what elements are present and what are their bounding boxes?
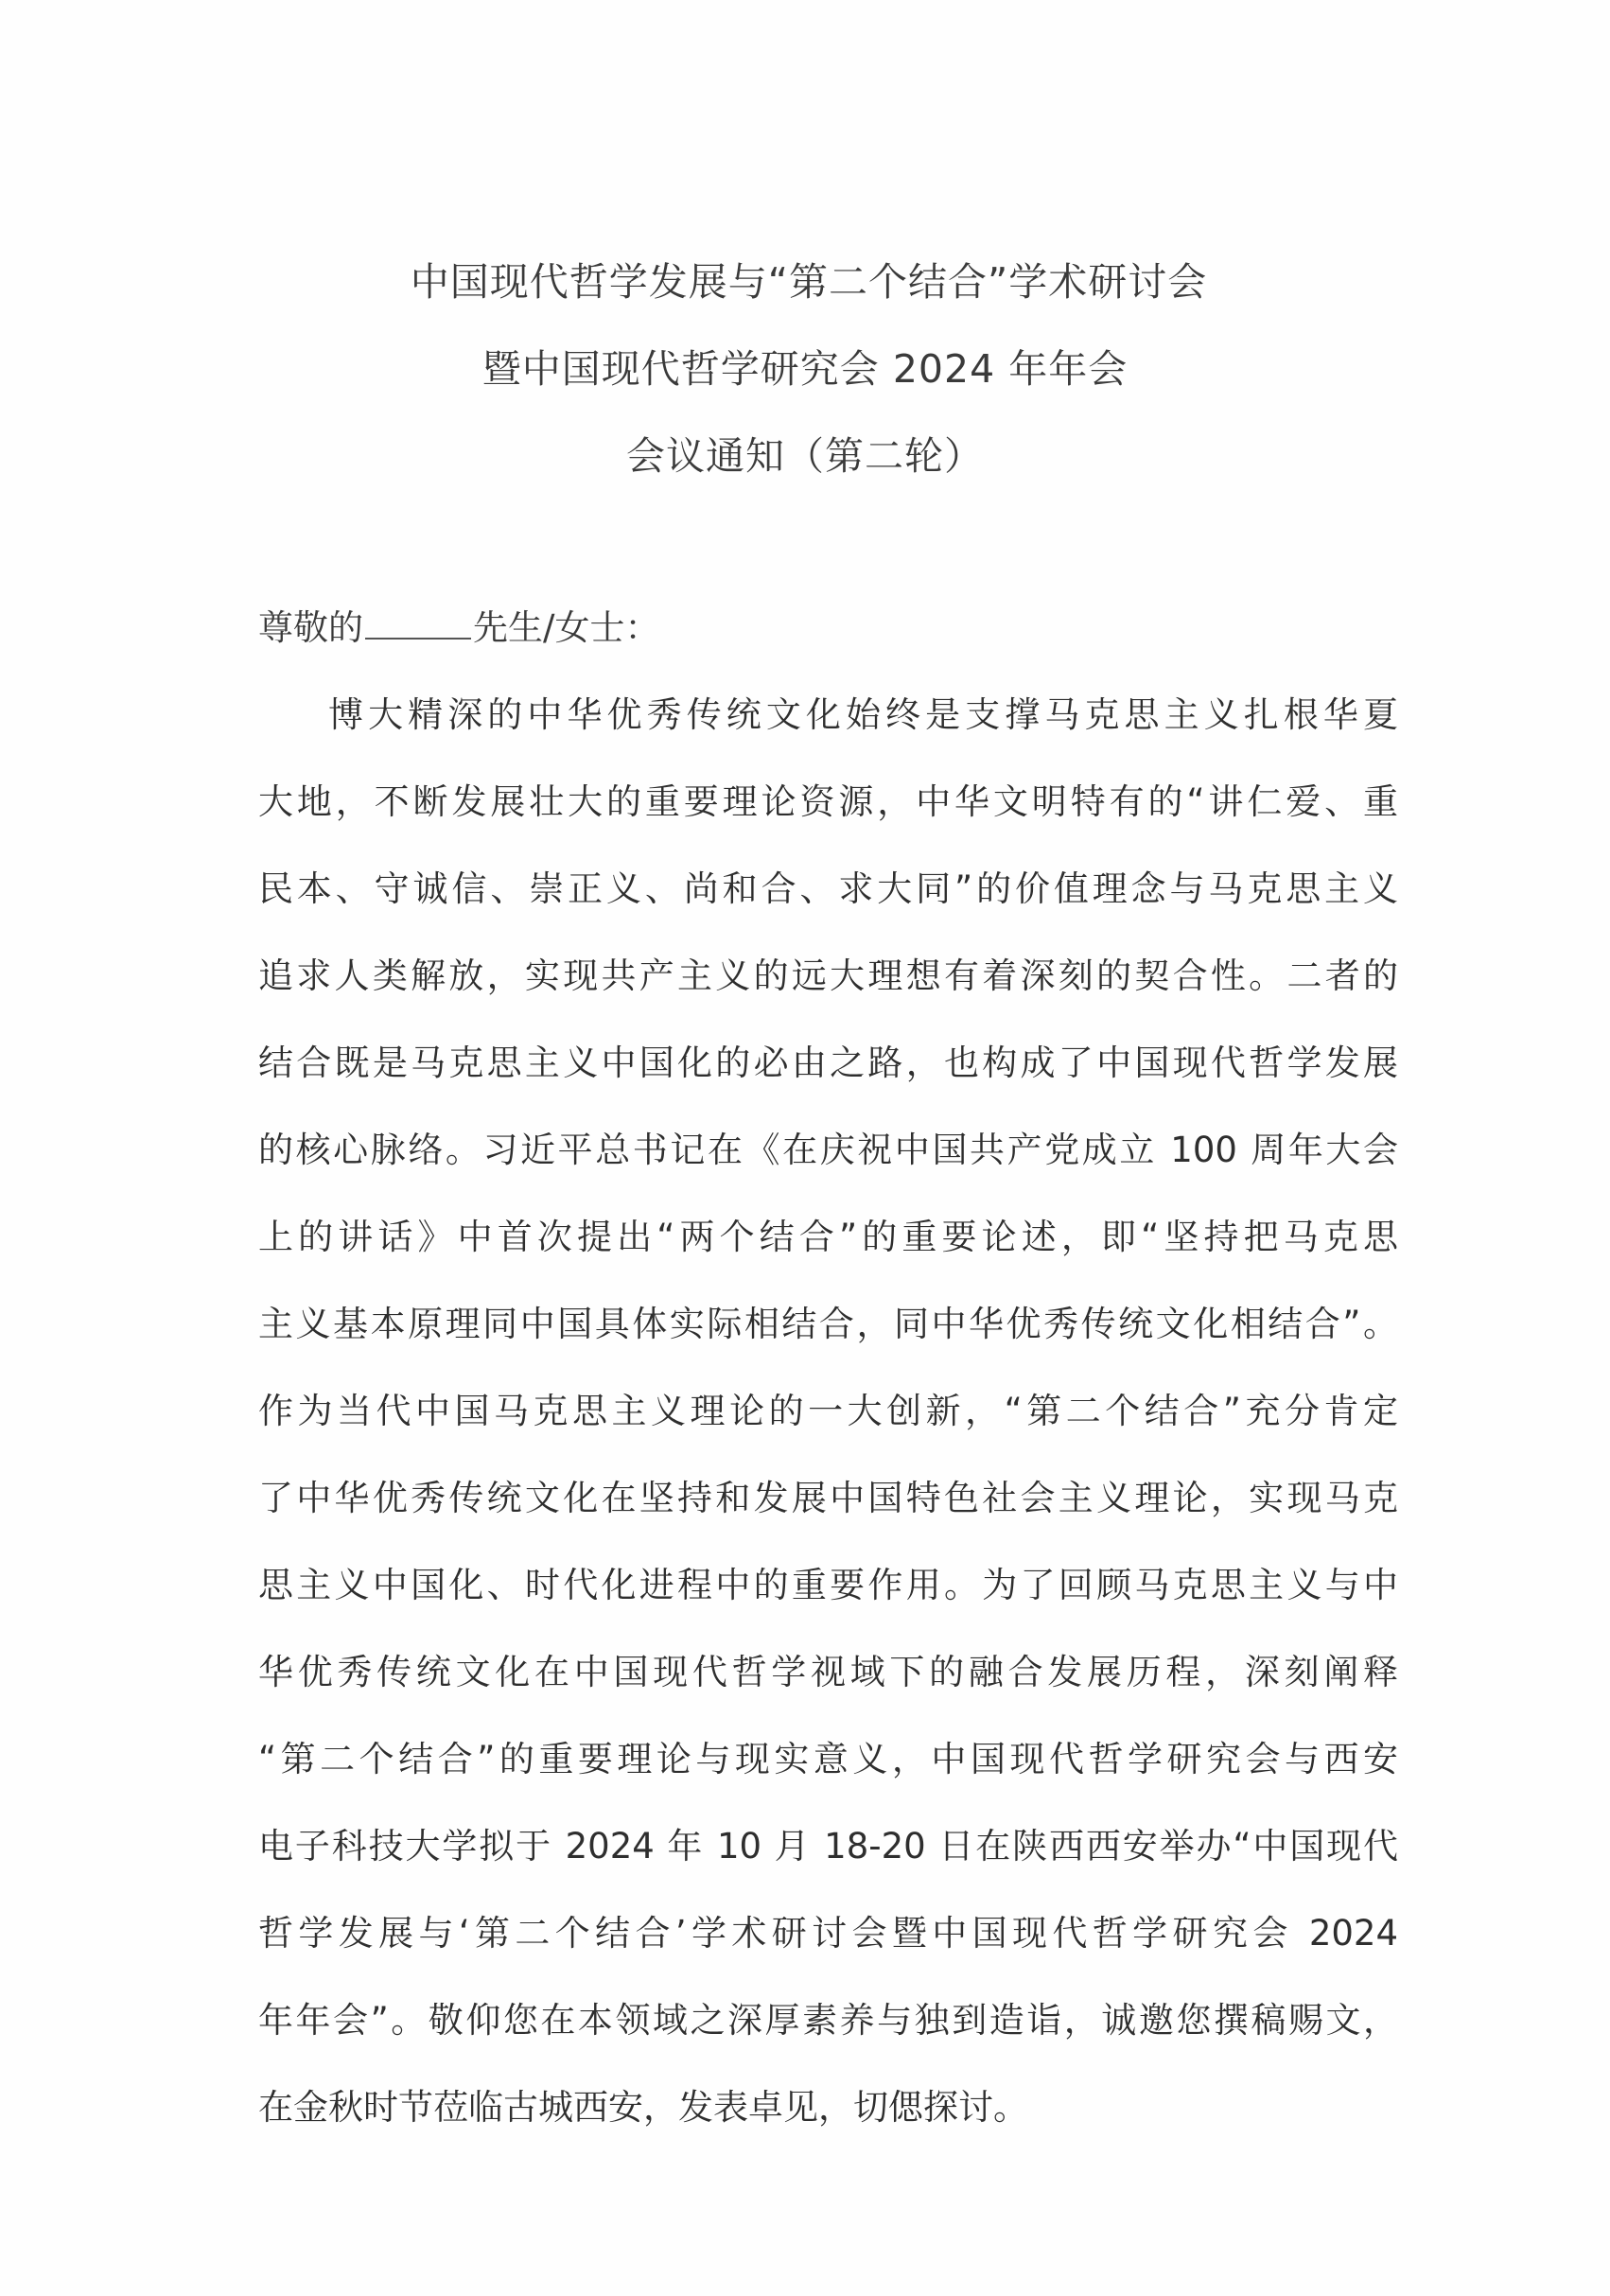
paragraph-line: 结合既是马克思主义中国化的必由之路，也构成了中国现代哲学发展	[258, 1020, 1398, 1107]
salutation-prefix: 尊敬的	[258, 607, 363, 648]
paragraph-line: 追求人类解放，实现共产主义的远大理想有着深刻的契合性。二者的	[258, 933, 1398, 1020]
salutation-suffix: 先生/女士：	[473, 607, 659, 648]
paragraph-line: 年年会”。敬仰您在本领域之深厚素养与独到造诣，诚邀您撰稿赐文，	[258, 1977, 1398, 2064]
paragraph-line: 大地，不断发展壮大的重要理论资源，中华文明特有的“讲仁爱、重	[258, 759, 1398, 846]
title-line-3: 会议通知（第二轮）	[0, 412, 1610, 500]
paragraph-line: 思主义中国化、时代化进程中的重要作用。为了回顾马克思主义与中	[258, 1542, 1398, 1629]
document-title: 中国现代哲学发展与“第二个结合”学术研讨会 暨中国现代哲学研究会 2024 年年…	[0, 238, 1610, 500]
paragraph-line: 华优秀传统文化在中国现代哲学视域下的融合发展历程，深刻阐释	[258, 1629, 1398, 1716]
body-paragraph: 博大精深的中华优秀传统文化始终是支撑马克思主义扎根华夏 大地，不断发展壮大的重要…	[258, 672, 1398, 2151]
paragraph-line: 在金秋时节莅临古城西安，发表卓见，切偲探讨。	[258, 2064, 1398, 2151]
paragraph-line: 了中华优秀传统文化在坚持和发展中国特色社会主义理论，实现马克	[258, 1455, 1398, 1542]
letter-body: 尊敬的先生/女士： 博大精深的中华优秀传统文化始终是支撑马克思主义扎根华夏 大地…	[258, 585, 1398, 2151]
paragraph-line: 上的讲话》中首次提出“两个结合”的重要论述，即“坚持把马克思	[258, 1194, 1398, 1281]
paragraph-line: 电子科技大学拟于 2024 年 10 月 18-20 日在陕西西安举办“中国现代	[258, 1803, 1398, 1890]
salutation: 尊敬的先生/女士：	[258, 585, 1398, 672]
title-line-2: 暨中国现代哲学研究会 2024 年年会	[0, 325, 1610, 412]
title-line-1: 中国现代哲学发展与“第二个结合”学术研讨会	[0, 238, 1610, 325]
paragraph-line: 博大精深的中华优秀传统文化始终是支撑马克思主义扎根华夏	[258, 672, 1398, 759]
paragraph-line: 主义基本原理同中国具体实际相结合，同中华优秀传统文化相结合”。	[258, 1281, 1398, 1368]
paragraph-line: 的核心脉络。习近平总书记在《在庆祝中国共产党成立 100 周年大会	[258, 1107, 1398, 1194]
name-blank-underline	[365, 609, 471, 640]
paragraph-line: “第二个结合”的重要理论与现实意义，中国现代哲学研究会与西安	[258, 1716, 1398, 1803]
paragraph-line: 作为当代中国马克思主义理论的一大创新，“第二个结合”充分肯定	[258, 1368, 1398, 1455]
document-page: 中国现代哲学发展与“第二个结合”学术研讨会 暨中国现代哲学研究会 2024 年年…	[0, 0, 1610, 2296]
paragraph-line: 民本、守诚信、崇正义、尚和合、求大同”的价值理念与马克思主义	[258, 846, 1398, 933]
paragraph-line: 哲学发展与‘第二个结合’学术研讨会暨中国现代哲学研究会 2024	[258, 1890, 1398, 1977]
